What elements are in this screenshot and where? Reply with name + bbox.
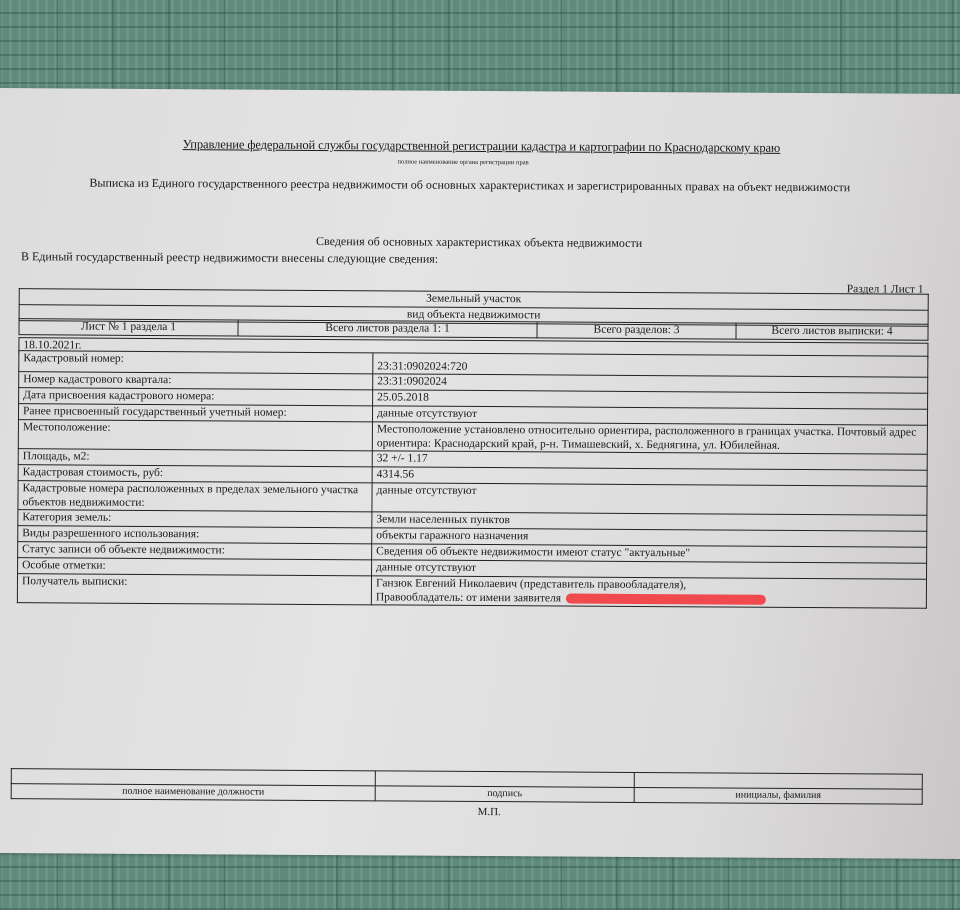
- organization-name: Управление федеральной службы государств…: [183, 137, 781, 156]
- recipient-value: Ганзюк Евгений Николаевич (представитель…: [371, 576, 926, 608]
- sheet-number: Лист № 1 раздела 1: [19, 319, 238, 336]
- characteristics-table: Кадастровый номер: 23:31:0902024:720 Ном…: [17, 350, 929, 609]
- organization-caption: полное наименование органа регистрации п…: [398, 158, 529, 166]
- row-label: Местоположение:: [18, 420, 372, 451]
- redaction-mark: [566, 594, 766, 605]
- owner-prefix: Правообладатель: от имени заявителя: [376, 591, 561, 604]
- document-sheet: Управление федеральной службы государств…: [0, 88, 960, 859]
- row-label: Кадастровые номера расположенных в преде…: [18, 481, 372, 512]
- stamp-place: М.П.: [478, 806, 501, 818]
- name-caption: инициалы, фамилия: [634, 787, 922, 804]
- position-caption: полное наименование должности: [11, 784, 375, 801]
- total-sections: Всего разделов: 3: [537, 322, 736, 339]
- row-value: 23:31:0902024:720: [373, 353, 928, 377]
- intro-text: В Единый государственный реестр недвижим…: [21, 249, 438, 267]
- signature-caption: подпись: [375, 786, 634, 803]
- row-label: Кадастровый номер:: [19, 351, 373, 374]
- section-title: Сведения об основных характеристиках объ…: [316, 234, 642, 251]
- row-value: Местоположение установлено относительно …: [372, 422, 927, 454]
- total-sheets-section: Всего листов раздела 1: 1: [238, 320, 537, 338]
- recipient-owner-line: Правообладатель: от имени заявителя: [376, 590, 922, 607]
- row-value: данные отсутствуют: [372, 483, 927, 515]
- signature-table: полное наименование должности подпись ин…: [11, 768, 923, 805]
- document-title: Выписка из Единого государственного реес…: [89, 176, 850, 196]
- name-field: [634, 772, 922, 789]
- table-row: Получатель выписки: Ганзюк Евгений Никол…: [17, 574, 926, 609]
- total-sheets-extract: Всего листов выписки: 4: [736, 323, 928, 340]
- row-label: Получатель выписки:: [17, 574, 371, 605]
- signature-field: [375, 771, 634, 788]
